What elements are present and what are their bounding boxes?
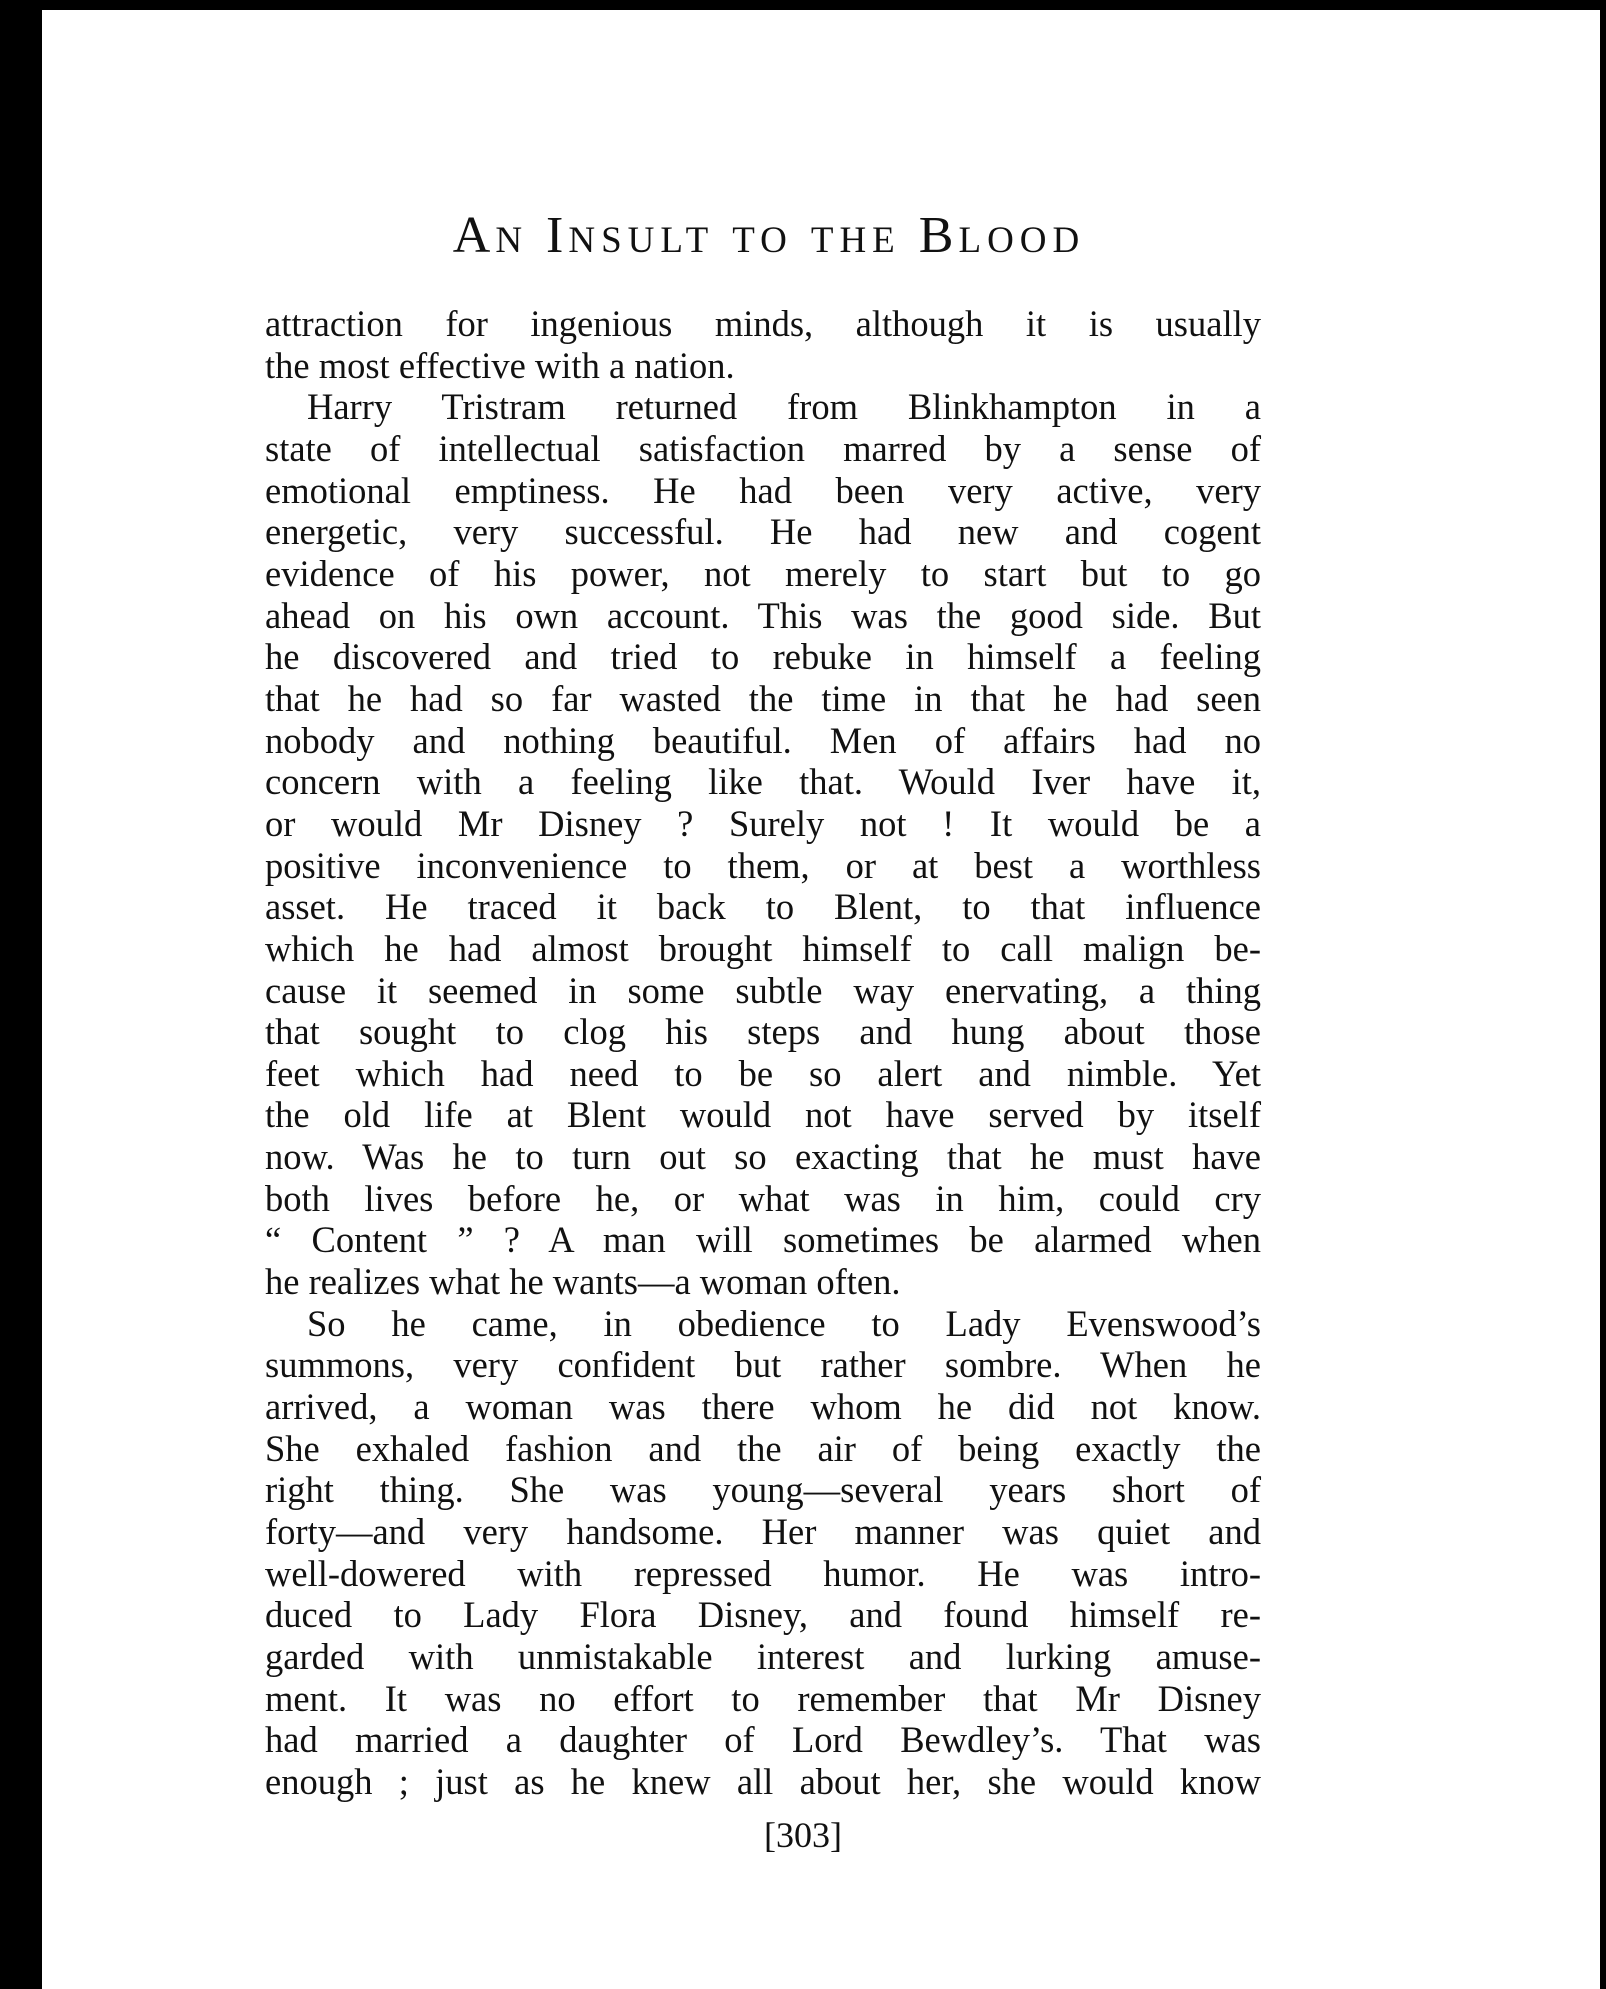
scan-border-right (1600, 0, 1606, 1989)
text-line: that he had so far wasted the time in th… (265, 678, 1261, 720)
text-line: well-dowered with repressed humor. He wa… (265, 1553, 1261, 1595)
running-head-word: INSULT (546, 207, 714, 264)
text-line: concern with a feeling like that. Would … (265, 761, 1261, 803)
text-line: had married a daughter of Lord Bewdley’s… (265, 1719, 1261, 1761)
text-line: nobody and nothing beautiful. Men of aff… (265, 720, 1261, 762)
head-cap: B (919, 207, 959, 264)
running-head-word: AN (453, 207, 528, 264)
paragraph-start-line: So he came, in obedience to Lady Evenswo… (265, 1303, 1261, 1345)
head-smallcaps: THE (811, 220, 901, 261)
text-line: he discovered and tried to rebuke in him… (265, 636, 1261, 678)
paragraph-start-line: Harry Tristram returned from Blinkhampto… (265, 386, 1261, 428)
text-line: both lives before he, or what was in him… (265, 1178, 1261, 1220)
text-line: She exhaled fashion and the air of being… (265, 1428, 1261, 1470)
text-line: right thing. She was young—several years… (265, 1469, 1261, 1511)
head-smallcaps: N (495, 220, 528, 261)
scan-border-left (0, 0, 42, 1989)
running-head-word: BLOOD (919, 207, 1085, 264)
text-line: which he had almost brought himself to c… (265, 928, 1261, 970)
text-line: feet which had need to be so alert and n… (265, 1053, 1261, 1095)
head-smallcaps: NSULT (568, 220, 714, 261)
running-head-word: THE (811, 207, 901, 264)
running-head: AN INSULT TO THE BLOOD (354, 208, 1184, 269)
text-line: summons, very confident but rather sombr… (265, 1344, 1261, 1386)
text-line: asset. He traced it back to Blent, to th… (265, 886, 1261, 928)
text-line: duced to Lady Flora Disney, and found hi… (265, 1594, 1261, 1636)
text-line: now. Was he to turn out so exacting that… (265, 1136, 1261, 1178)
text-line: the old life at Blent would not have ser… (265, 1094, 1261, 1136)
text-line: garded with unmistakable interest and lu… (265, 1636, 1261, 1678)
text-line: emotional emptiness. He had been very ac… (265, 470, 1261, 512)
text-line: energetic, very successful. He had new a… (265, 511, 1261, 553)
text-line: enough ; just as he knew all about her, … (265, 1761, 1261, 1803)
text-line: he realizes what he wants—a woman often. (265, 1261, 1261, 1303)
page-number: [303] (0, 1815, 1606, 1855)
text-line: forty—and very handsome. Her manner was … (265, 1511, 1261, 1553)
head-cap: I (546, 207, 568, 264)
running-head-word: TO (732, 207, 793, 264)
text-line: arrived, a woman was there whom he did n… (265, 1386, 1261, 1428)
text-line: cause it seemed in some subtle way enerv… (265, 970, 1261, 1012)
head-smallcaps: LOOD (958, 220, 1085, 261)
text-line: state of intellectual satisfaction marre… (265, 428, 1261, 470)
body-text: attraction for ingenious minds, although… (265, 303, 1261, 1803)
scan-border-top (0, 0, 1606, 10)
text-line: “ Content ” ? A man will sometimes be al… (265, 1219, 1261, 1261)
text-line: evidence of his power, not merely to sta… (265, 553, 1261, 595)
head-cap: A (453, 207, 496, 264)
text-line: ment. It was no effort to remember that … (265, 1678, 1261, 1720)
text-line: the most effective with a nation. (265, 345, 1261, 387)
text-line: attraction for ingenious minds, although… (265, 303, 1261, 345)
text-line: or would Mr Disney ? Surely not ! It wou… (265, 803, 1261, 845)
text-line: ahead on his own account. This was the g… (265, 595, 1261, 637)
head-smallcaps: TO (732, 220, 793, 261)
text-line: that sought to clog his steps and hung a… (265, 1011, 1261, 1053)
text-line: positive inconvenience to them, or at be… (265, 845, 1261, 887)
